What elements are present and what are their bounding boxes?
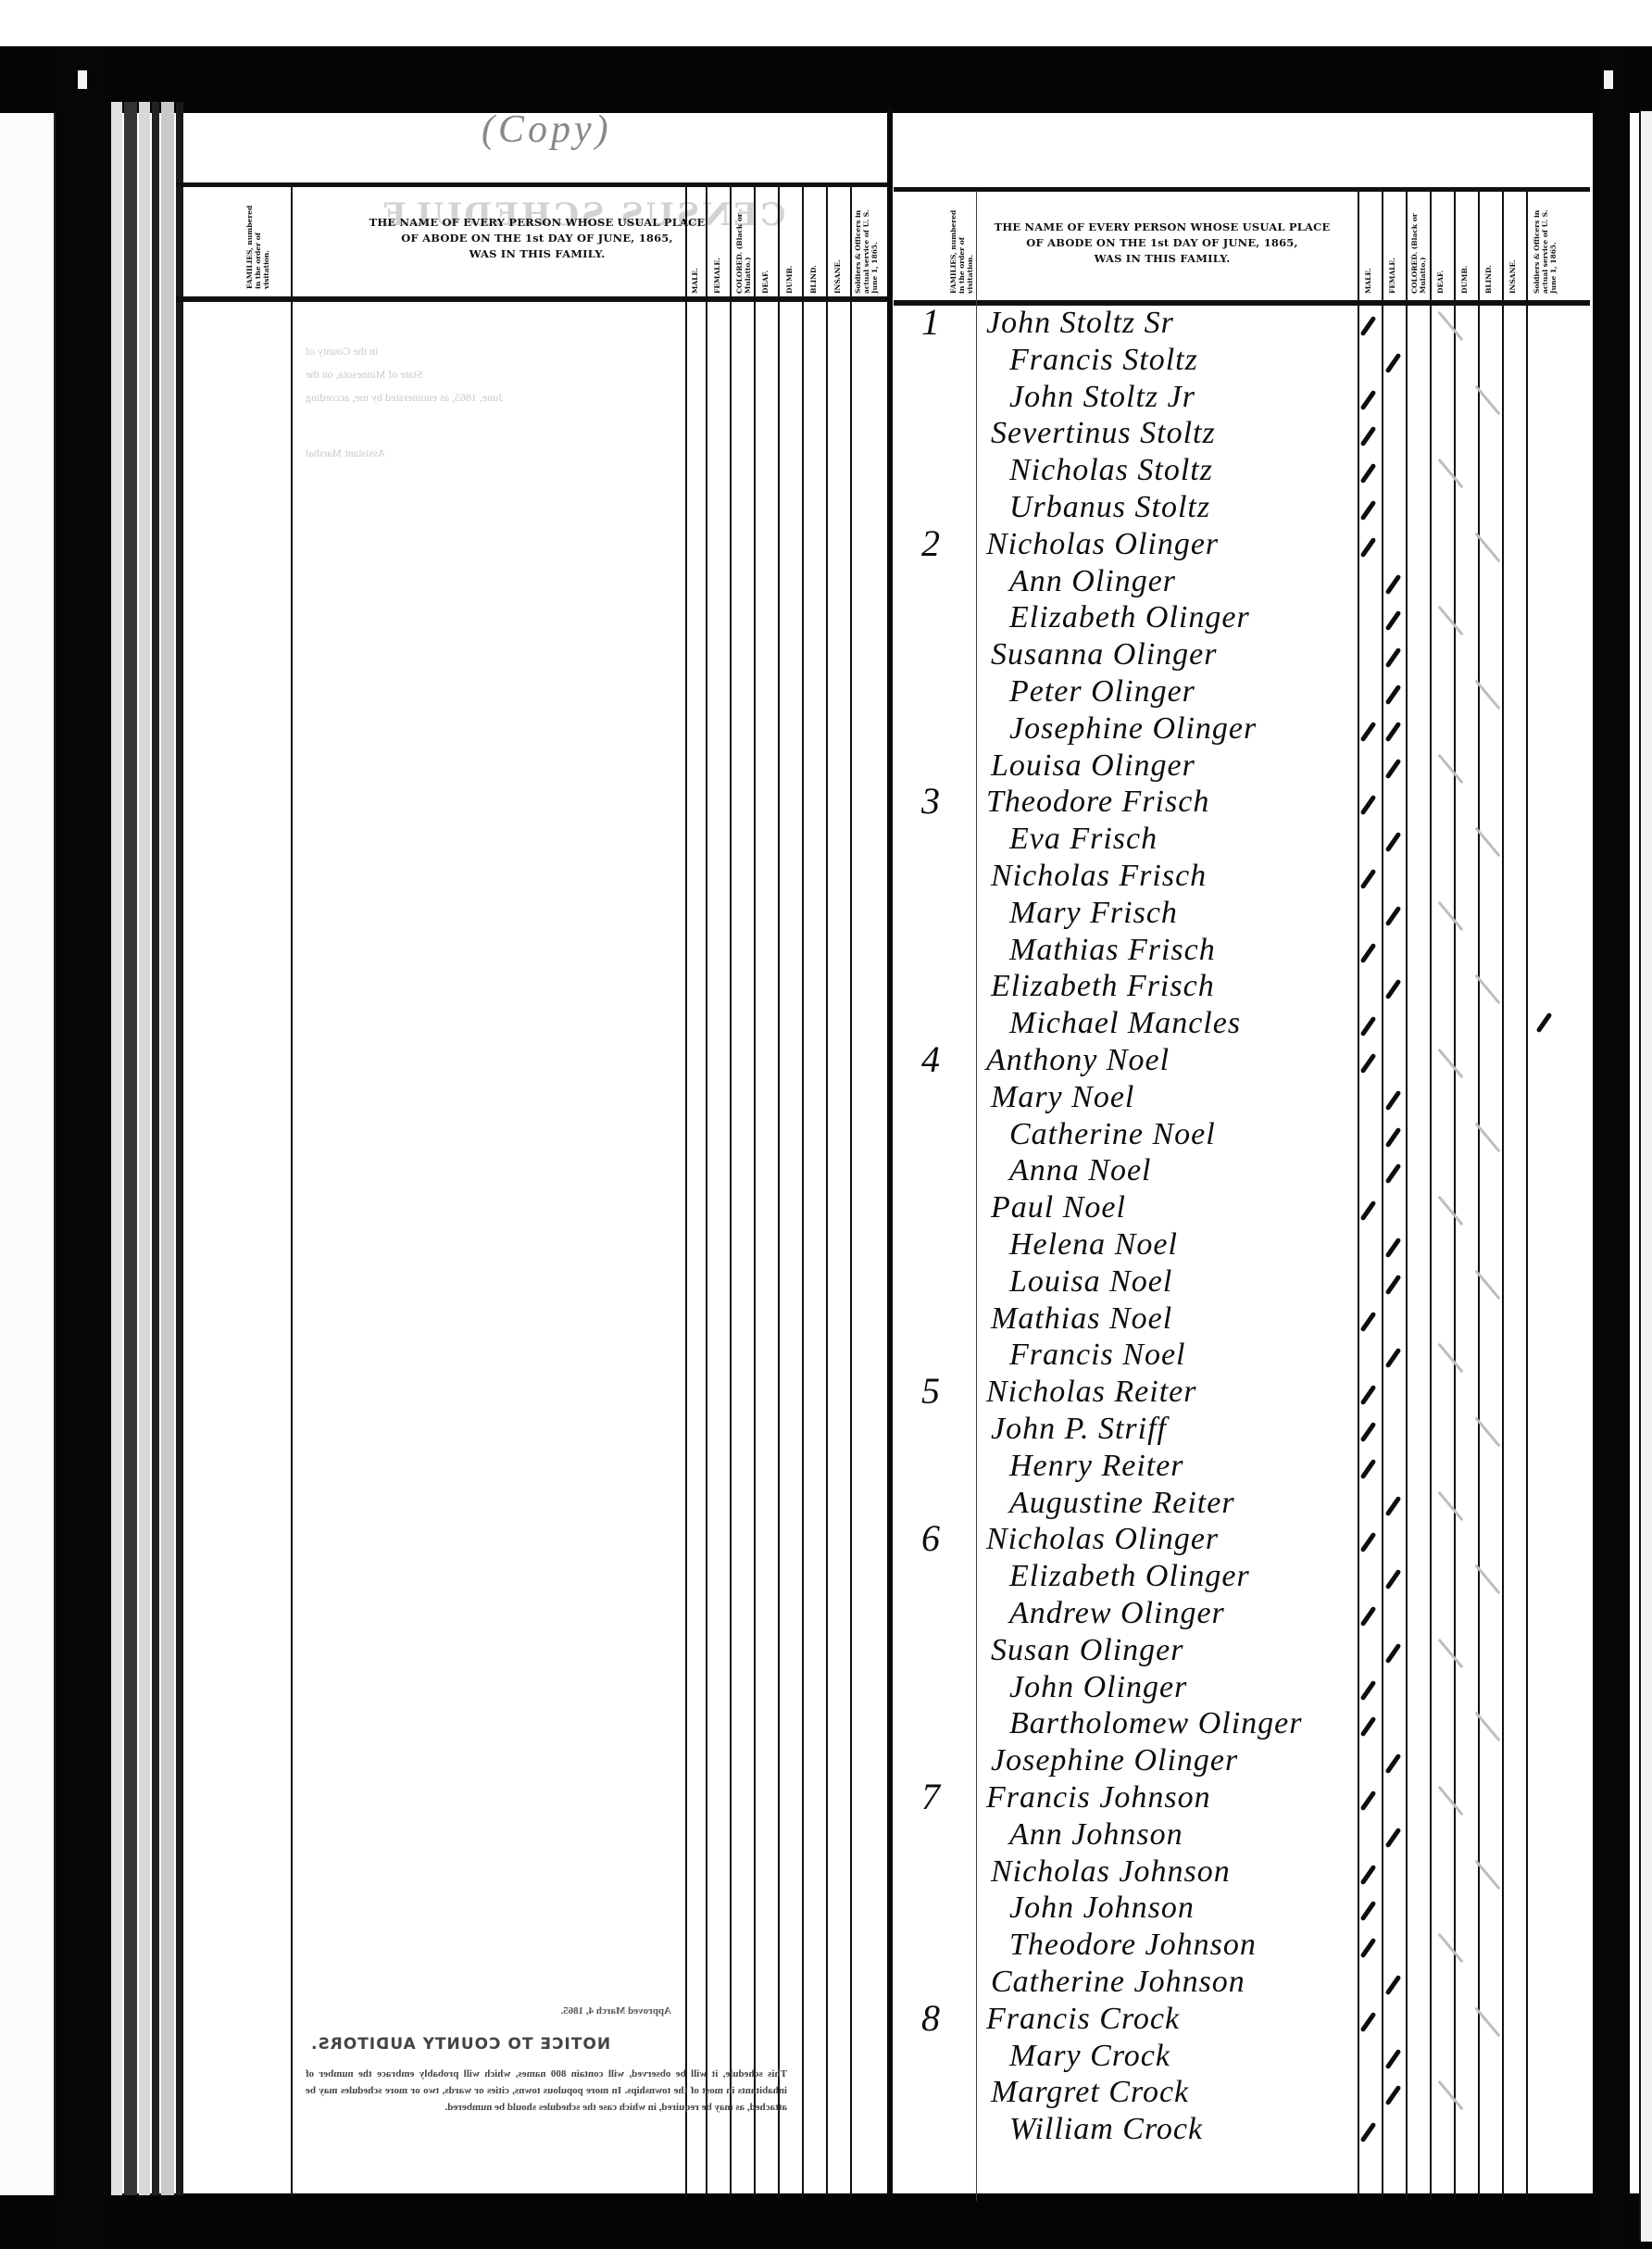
female-tally-mark — [1385, 1828, 1402, 1849]
person-name: Peter Olinger — [1009, 674, 1195, 710]
person-name: John Stoltz Sr — [986, 306, 1174, 341]
person-name: Catherine Noel — [1009, 1117, 1216, 1152]
person-name: Mathias Frisch — [1009, 933, 1216, 968]
person-name: Urbanus Stoltz — [1009, 490, 1210, 525]
census-row: John Olinger — [894, 1672, 1590, 1709]
male-tally-mark — [1360, 1606, 1377, 1627]
bleed-through-mark — [1474, 1270, 1500, 1300]
female-tally-mark — [1385, 906, 1402, 927]
soldier-tally-mark — [1536, 1012, 1553, 1034]
census-row: 5Nicholas Reiter — [894, 1376, 1590, 1413]
bleed-through-mark — [1474, 1122, 1500, 1152]
person-name: Nicholas Johnson — [991, 1854, 1231, 1890]
census-row: Theodore Johnson — [894, 1929, 1590, 1966]
male-tally-mark — [1360, 2122, 1377, 2143]
bleed-through-mark — [1437, 901, 1463, 932]
bleed-through-mark — [1437, 459, 1463, 489]
column-header-female: FEMALE. — [1388, 233, 1396, 294]
census-row: Elizabeth Frisch — [894, 971, 1590, 1008]
family-number: 6 — [912, 1516, 949, 1560]
bleed-through-mark — [1437, 606, 1463, 636]
adjacent-page-edge-right — [1639, 111, 1652, 2242]
person-name: Nicholas Olinger — [986, 527, 1219, 562]
male-tally-mark — [1360, 1311, 1377, 1332]
male-tally-mark — [1360, 537, 1377, 559]
person-name: Paul Noel — [991, 1190, 1126, 1225]
person-name: Susanna Olinger — [991, 637, 1218, 672]
column-header-dumb: DUMB. — [785, 243, 794, 294]
scan-frame-bottom — [0, 2193, 1652, 2249]
female-tally-mark — [1385, 647, 1402, 669]
census-row: Josephine Olinger — [894, 713, 1590, 750]
person-name: Louisa Olinger — [991, 748, 1195, 784]
person-name: Theodore Frisch — [986, 785, 1209, 820]
female-tally-mark — [1385, 1495, 1402, 1516]
bleed-through-mark — [1437, 1343, 1463, 1374]
census-row: Catherine Noel — [894, 1119, 1590, 1156]
male-tally-mark — [1360, 1901, 1377, 1922]
male-tally-mark — [1360, 722, 1377, 743]
family-number: 2 — [912, 521, 949, 565]
person-name: Margret Crock — [991, 2075, 1189, 2110]
column-header-dumb: DUMB. — [1460, 247, 1469, 294]
person-name: Nicholas Stoltz — [1009, 453, 1213, 488]
person-name: Ann Johnson — [1009, 1817, 1183, 1853]
census-row: Peter Olinger — [894, 676, 1590, 713]
census-row: Urbanus Stoltz — [894, 492, 1590, 529]
male-tally-mark — [1360, 942, 1377, 963]
adjacent-page-edge-left — [0, 113, 56, 2195]
male-tally-mark — [1360, 1864, 1377, 1885]
census-row: Louisa Olinger — [894, 750, 1590, 787]
person-name: Nicholas Olinger — [986, 1522, 1219, 1557]
person-name: Helena Noel — [1009, 1227, 1178, 1263]
families-column-header: FAMILIES, numbered in the order of visit… — [949, 201, 977, 294]
person-name: Bartholomew Olinger — [1009, 1706, 1302, 1741]
male-tally-mark — [1360, 1016, 1377, 1037]
column-header-colored: COLORED. (Black or Mulatto.) — [735, 206, 752, 294]
male-tally-mark — [1360, 2012, 1377, 2033]
column-divider — [754, 187, 756, 2197]
census-row: Mary Crock — [894, 2041, 1590, 2078]
column-divider — [826, 187, 828, 2197]
census-row: 3Theodore Frisch — [894, 786, 1590, 823]
bleed-through-mark — [1474, 1564, 1500, 1595]
census-row: Nicholas Frisch — [894, 861, 1590, 898]
census-row: John P. Striff — [894, 1413, 1590, 1451]
column-header-blind: BLIND. — [1484, 243, 1493, 294]
person-name: Mary Frisch — [1009, 896, 1178, 931]
census-row: Mathias Frisch — [894, 935, 1590, 972]
person-name: Mary Crock — [1009, 2039, 1170, 2074]
census-row: Bartholomew Olinger — [894, 1708, 1590, 1745]
male-tally-mark — [1360, 1716, 1377, 1738]
census-row: 2Nicholas Olinger — [894, 529, 1590, 566]
person-name: William Crock — [1009, 2112, 1203, 2147]
census-row: Louisa Noel — [894, 1266, 1590, 1303]
column-header-colored: COLORED. (Black or Mulatto.) — [1410, 210, 1427, 294]
header-rule-top — [176, 182, 889, 187]
female-tally-mark — [1385, 1753, 1402, 1775]
film-marker — [1604, 70, 1613, 89]
female-tally-mark — [1385, 610, 1402, 632]
page-gutter — [887, 107, 893, 2200]
name-column-header: THE NAME OF EVERY PERSON WHOSE USUAL PLA… — [982, 220, 1343, 267]
female-tally-mark — [1385, 1975, 1402, 1996]
person-name: Nicholas Frisch — [991, 859, 1207, 894]
male-tally-mark — [1360, 426, 1377, 447]
female-tally-mark — [1385, 758, 1402, 779]
census-row: 4Anthony Noel — [894, 1045, 1590, 1082]
families-column-header: FAMILIES, numbered in the order of visit… — [245, 196, 273, 289]
bleed-through-mark — [1437, 753, 1463, 784]
female-tally-mark — [1385, 1163, 1402, 1185]
male-tally-mark — [1360, 1459, 1377, 1480]
male-tally-mark — [1360, 1385, 1377, 1406]
bleed-through-mark — [1437, 1196, 1463, 1226]
column-header-soldiers: Soldiers & Officers in actual service of… — [854, 192, 882, 294]
column-header-blind: BLIND. — [809, 238, 818, 294]
female-tally-mark — [1385, 353, 1402, 374]
male-tally-mark — [1360, 869, 1377, 890]
person-name: Michael Mancles — [1009, 1006, 1241, 1041]
column-divider — [706, 187, 707, 2197]
census-row: Margret Crock — [894, 2077, 1590, 2114]
person-name: Francis Noel — [1009, 1338, 1185, 1373]
page-stack-edge — [161, 102, 174, 2195]
page-stack-edge — [152, 102, 159, 2195]
census-row: Michael Mancles — [894, 1008, 1590, 1045]
census-row: 8Francis Crock — [894, 2004, 1590, 2041]
scan-frame-right — [1593, 46, 1630, 2249]
bleed-through-mark — [1437, 1049, 1463, 1079]
column-divider — [850, 187, 852, 2197]
left-page: (Copy) CENSUS SCHEDULE FAMILIES, numbere… — [194, 113, 889, 2193]
bleed-through-mark — [1437, 1786, 1463, 1816]
male-tally-mark — [1360, 1790, 1377, 1812]
family-number: 3 — [912, 779, 949, 823]
notice-body: This schedule, it will be observed, will… — [306, 2066, 787, 2116]
header-rule-bottom — [176, 296, 889, 302]
scan-frame-top — [0, 46, 1652, 113]
person-name: Elizabeth Olinger — [1009, 600, 1250, 635]
census-row: Elizabeth Olinger — [894, 1561, 1590, 1598]
bleed-through-mark — [1437, 311, 1463, 342]
person-name: Mathias Noel — [991, 1301, 1172, 1337]
bleed-through-mark — [1474, 2007, 1500, 2038]
bleed-through-text: State of Minnesota, on the — [306, 368, 422, 382]
person-name: Henry Reiter — [1009, 1449, 1184, 1484]
census-row: 1John Stoltz Sr — [894, 308, 1590, 345]
bleed-through-mark — [1437, 1490, 1463, 1521]
male-tally-mark — [1360, 1532, 1377, 1553]
column-header-insane: INSANE. — [833, 233, 842, 294]
census-row: 6Nicholas Olinger — [894, 1524, 1590, 1561]
person-name: Louisa Noel — [1009, 1264, 1172, 1300]
bleed-through-mark — [1437, 1639, 1463, 1669]
census-entries: 1John Stoltz SrFrancis StoltzJohn Stoltz… — [894, 308, 1590, 2188]
bleed-through-mark — [1474, 1417, 1500, 1448]
person-name: Josephine Olinger — [1009, 711, 1257, 747]
census-row: Mary Frisch — [894, 898, 1590, 935]
male-tally-mark — [1360, 1938, 1377, 1959]
person-name: Severtinus Stoltz — [991, 416, 1216, 451]
census-row: Henry Reiter — [894, 1451, 1590, 1488]
census-row: Augustine Reiter — [894, 1488, 1590, 1525]
census-row: Mathias Noel — [894, 1303, 1590, 1340]
column-header-deaf: DEAF. — [1436, 247, 1445, 294]
person-name: John Olinger — [1009, 1670, 1187, 1705]
family-number: 5 — [912, 1369, 949, 1413]
approved-date: Approved March 4, 1865. — [301, 2003, 671, 2019]
census-row: Helena Noel — [894, 1229, 1590, 1266]
person-name: Nicholas Reiter — [986, 1375, 1196, 1410]
census-row: Susanna Olinger — [894, 639, 1590, 676]
male-tally-mark — [1360, 1053, 1377, 1074]
census-row: Ann Johnson — [894, 1819, 1590, 1856]
census-row: Catherine Johnson — [894, 1966, 1590, 2004]
person-name: Francis Crock — [986, 2002, 1180, 2037]
male-tally-mark — [1360, 1679, 1377, 1701]
census-row: Elizabeth Olinger — [894, 602, 1590, 639]
bleed-through-mark — [1437, 2080, 1463, 2111]
column-header-female: FEMALE. — [713, 229, 721, 294]
film-marker — [78, 70, 87, 89]
person-name: Francis Stoltz — [1009, 343, 1198, 378]
female-tally-mark — [1385, 1126, 1402, 1148]
male-tally-mark — [1360, 1422, 1377, 1443]
person-name: Mary Noel — [991, 1080, 1134, 1115]
person-name: Augustine Reiter — [1009, 1486, 1235, 1521]
page-stack-edge — [176, 102, 183, 2195]
census-row: Nicholas Johnson — [894, 1856, 1590, 1893]
female-tally-mark — [1385, 2048, 1402, 2069]
family-number: 8 — [912, 1996, 949, 2040]
male-tally-mark — [1360, 1200, 1377, 1222]
person-name: Eva Frisch — [1009, 822, 1158, 857]
person-name: John Johnson — [1009, 1891, 1195, 1926]
header-rule-top — [894, 187, 1590, 192]
census-row: John Stoltz Jr — [894, 382, 1590, 419]
female-tally-mark — [1385, 573, 1402, 595]
column-header-male: MALE. — [691, 238, 699, 294]
bleed-through-mark — [1437, 1933, 1463, 1964]
person-name: Josephine Olinger — [991, 1743, 1238, 1778]
column-header-deaf: DEAF. — [761, 243, 770, 294]
page-stack-edge — [124, 102, 137, 2195]
bleed-through-mark — [1474, 827, 1500, 858]
bleed-through-mark — [1474, 1712, 1500, 1742]
census-row: Mary Noel — [894, 1082, 1590, 1119]
census-row: Nicholas Stoltz — [894, 455, 1590, 492]
scan-frame-left — [56, 46, 111, 2249]
female-tally-mark — [1385, 2085, 1402, 2106]
census-row: Anna Noel — [894, 1155, 1590, 1192]
census-row: Andrew Olinger — [894, 1598, 1590, 1635]
female-tally-mark — [1385, 1643, 1402, 1665]
female-tally-mark — [1385, 1275, 1402, 1296]
column-divider — [685, 187, 687, 2197]
female-tally-mark — [1385, 685, 1402, 706]
female-tally-mark — [1385, 1090, 1402, 1112]
column-header-male: MALE. — [1364, 243, 1372, 294]
bleed-through-mark — [1474, 533, 1500, 563]
bleed-through-text: Assistant Marshal — [306, 446, 385, 460]
census-row: Ann Olinger — [894, 566, 1590, 603]
person-name: Andrew Olinger — [1009, 1596, 1225, 1631]
person-name: John P. Striff — [991, 1412, 1167, 1447]
column-divider — [802, 187, 804, 2197]
female-tally-mark — [1385, 1569, 1402, 1590]
column-divider — [730, 187, 732, 2197]
person-name: Elizabeth Olinger — [1009, 1559, 1250, 1594]
family-number: 1 — [912, 300, 949, 344]
person-name: Francis Johnson — [986, 1780, 1211, 1816]
male-tally-mark — [1360, 316, 1377, 337]
person-name: Elizabeth Frisch — [991, 969, 1215, 1004]
right-page: FAMILIES, numbered in the order of visit… — [894, 113, 1590, 2193]
census-row: Francis Noel — [894, 1339, 1590, 1376]
female-tally-mark — [1385, 722, 1402, 743]
census-row: 7Francis Johnson — [894, 1782, 1590, 1819]
person-name: Susan Olinger — [991, 1633, 1184, 1668]
family-number: 4 — [912, 1037, 949, 1081]
census-row: John Johnson — [894, 1892, 1590, 1929]
bleed-through-mark — [1474, 680, 1500, 710]
bleed-through-mark — [1474, 384, 1500, 415]
bleed-through-text: in the County of — [306, 345, 378, 358]
census-row: Eva Frisch — [894, 823, 1590, 861]
female-tally-mark — [1385, 832, 1402, 853]
male-tally-mark — [1360, 795, 1377, 816]
census-row: Severtinus Stoltz — [894, 418, 1590, 455]
family-number: 7 — [912, 1775, 949, 1818]
person-name: John Stoltz Jr — [1009, 380, 1195, 415]
person-name: Theodore Johnson — [1009, 1928, 1257, 1963]
census-row: Paul Noel — [894, 1192, 1590, 1229]
bleed-through-text: June, 1865, as enumerated by me, accordi… — [306, 391, 503, 405]
census-row: William Crock — [894, 2114, 1590, 2151]
bleed-through-mark — [1474, 1859, 1500, 1890]
handwritten-annotation: (Copy) — [482, 107, 612, 152]
person-name: Ann Olinger — [1009, 564, 1176, 599]
notice-title: NOTICE TO COUNTY AUDITORS. — [310, 2035, 610, 2054]
column-divider — [291, 187, 293, 2197]
bleed-through-mark — [1474, 974, 1500, 1005]
census-row: Susan Olinger — [894, 1635, 1590, 1672]
census-row: Francis Stoltz — [894, 345, 1590, 382]
person-name: Anna Noel — [1009, 1153, 1151, 1188]
female-tally-mark — [1385, 1238, 1402, 1259]
female-tally-mark — [1385, 1348, 1402, 1369]
column-header-soldiers: Soldiers & Officers in actual service of… — [1533, 192, 1560, 294]
female-tally-mark — [1385, 979, 1402, 1000]
person-name: Catherine Johnson — [991, 1965, 1245, 2000]
column-divider — [778, 187, 780, 2197]
page-stack-edge — [111, 102, 122, 2195]
column-header-insane: INSANE. — [1508, 238, 1517, 294]
male-tally-mark — [1360, 500, 1377, 521]
male-tally-mark — [1360, 463, 1377, 484]
male-tally-mark — [1360, 389, 1377, 410]
census-row: Josephine Olinger — [894, 1745, 1590, 1782]
page-stack-edge — [139, 102, 150, 2195]
person-name: Anthony Noel — [986, 1043, 1170, 1078]
